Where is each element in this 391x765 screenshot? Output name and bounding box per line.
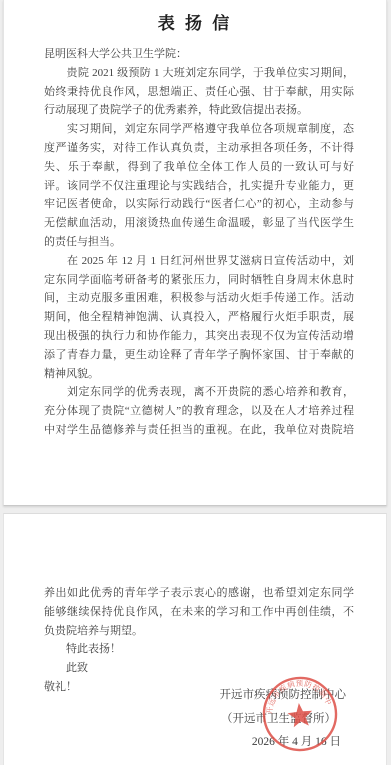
- letter-text-line: 的责任与担当。: [44, 233, 354, 252]
- letter-text-line: 现出极强的执行力和协作能力，其突出表现不仅为宣传活动增: [44, 327, 354, 346]
- letter-text-line: 养出如此优秀的青年学子表示衷心的感谢，也希望刘定东同学: [44, 584, 354, 603]
- letter-text-line: 中对学生品德修养与责任担当的重视。在此，我单位对贵院培: [44, 421, 354, 440]
- letter-text-line: 间，主动克服多重困难，积极参与活动火炬手传递工作。活动: [44, 289, 354, 308]
- page-1: 表 扬 信 昆明医科大学公共卫生学院： 贵院 2021 级预防 1 大班刘定东同…: [3, 0, 387, 506]
- official-seal-stamp: 开远市疾病预防控制中心: [256, 670, 344, 758]
- scanned-letter-view: { "document": { "title": "表 扬 信", "page1…: [0, 0, 391, 765]
- letter-text-line: 行动展现了贵院学子的优秀素养，特此致信提出表扬。: [44, 101, 354, 120]
- letter-text-line: 能够继续保持优良作风，在未来的学习和工作中再创佳绩，不: [44, 603, 354, 622]
- letter-text-line: 昆明医科大学公共卫生学院：: [44, 45, 354, 64]
- page-2: 养出如此优秀的青年学子表示衷心的感谢，也希望刘定东同学能够继续保持优良作风，在未…: [3, 513, 387, 765]
- letter-text-line: 评。该同学不仅注重理论与实践结合，扎实提升专业能力，更: [44, 177, 354, 196]
- letter-text-line: 实习期间，刘定东同学严格遵守我单位各项规章制度，态: [44, 120, 354, 139]
- letter-text-line: 失、乐于奉献，得到了我单位全体工作人员的一致认可与好: [44, 158, 354, 177]
- letter-text-line: 牢记医者使命，以实际行动践行“医者仁心”的初心，主动参与: [44, 195, 354, 214]
- letter-text-line: 期间，他全程精神饱满、认真投入，严格履行火炬手职责，展: [44, 308, 354, 327]
- letter-text-line: 精神风貌。: [44, 365, 354, 384]
- letter-text-line: 充分体现了贵院“立德树人”的教育理念，以及在人才培养过程: [44, 402, 354, 421]
- page1-body-text: 昆明医科大学公共卫生学院： 贵院 2021 级预防 1 大班刘定东同学，于我单位…: [44, 45, 354, 440]
- letter-text-line: 度严谨务实，对待工作认真负责，主动承担各项任务，不计得: [44, 139, 354, 158]
- letter-text-line: 刘定东同学的优秀表现，离不开贵院的悉心培养和教育，: [44, 383, 354, 402]
- letter-text-line: 添了青春力量，更生动诠释了青年学子胸怀家国、甘于奉献的: [44, 346, 354, 365]
- letter-text-line: 贵院 2021 级预防 1 大班刘定东同学，于我单位实习期间，: [44, 64, 354, 83]
- letter-text-line: 定东同学面临考研备考的紧张压力，同时牺牲自身周末休息时: [44, 271, 354, 290]
- letter-text-line: 无偿献血活动，用滚烫热血传递生命温暖，彰显了当代医学生: [44, 214, 354, 233]
- letter-text-line: 负贵院培养与期望。: [44, 622, 354, 641]
- seal-arc-text: 开远市疾病预防控制中心: [256, 670, 335, 717]
- letter-text-line: 在 2025 年 12 月 1 日红河州世界艾滋病日宣传活动中，刘: [44, 252, 354, 271]
- letter-text-line: 始终秉持优良作风，思想端正、责任心强、甘于奉献，用实际: [44, 83, 354, 102]
- letter-title: 表 扬 信: [4, 9, 386, 34]
- star-icon: [287, 702, 314, 728]
- letter-text-line: 特此表扬！: [44, 640, 354, 659]
